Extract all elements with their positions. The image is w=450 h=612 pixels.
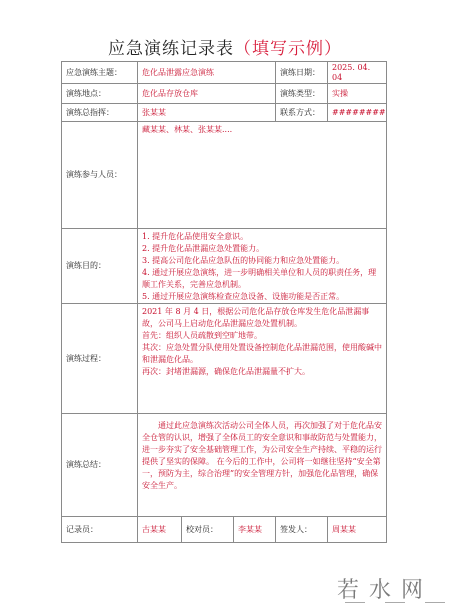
row-location: 演练地点： 危化品存放仓库 演练类型： 实操 [62,84,387,104]
process-item: 首先：组织人员疏散到空旷地带。 [142,330,382,342]
summary-label: 演练总结： [62,414,138,517]
process-item: 其次：应急处置分队使用处置设备控制危化品泄漏范围，使用酸碱中和泄漏危化品。 [142,342,382,366]
recorder-label: 记录员： [62,517,138,543]
contact-label: 联系方式： [276,104,328,122]
purpose-item: 5. 通过开展应急演练检查应急设备、设施功能是否正常。 [142,291,382,303]
date-label: 演练日期： [276,62,328,84]
participants-value[interactable]: 藏某某、林某、张某某.... [138,122,387,229]
row-purpose: 演练目的： 1. 提升危化品使用安全意识。 2. 提升危化品泄漏应急处置能力。 … [62,229,387,304]
row-process: 演练过程： 2021 年 8 月 4 日，根据公司危化品存放仓库发生危化品泄漏事… [62,304,387,414]
type-label: 演练类型： [276,84,328,104]
watermark-logo: 若水网 [337,573,447,604]
row-signoff: 记录员： 古某某 校对员： 李某某 签发人： 周某某 [62,517,387,543]
commander-label: 演练总指挥： [62,104,138,122]
purpose-value[interactable]: 1. 提升危化品使用安全意识。 2. 提升危化品泄漏应急处置能力。 3. 提高公… [138,229,387,304]
commander-value[interactable]: 张某某 [138,104,276,122]
purpose-label: 演练目的： [62,229,138,304]
checker-value[interactable]: 李某某 [234,517,276,543]
summary-value[interactable]: 通过此应急演练次活动公司全体人员，再次加强了对于危化品安全仓管的认识，增强了全体… [138,414,387,517]
location-label: 演练地点： [62,84,138,104]
row-commander: 演练总指挥： 张某某 联系方式： ######## [62,104,387,122]
date-value[interactable]: 2025. 04. 04 [328,62,387,84]
participants-text: 藏某某、林某、张某某.... [142,124,382,136]
issuer-value[interactable]: 周某某 [328,517,387,543]
purpose-item: 2. 提升危化品泄漏应急处置能力。 [142,243,382,255]
type-value[interactable]: 实操 [328,84,387,104]
title-example-tag: （填写示例） [234,39,342,59]
purpose-item: 4. 通过开展应急演练，进一步明确相关单位和人员的职责任务，理顺工作关系，完善应… [142,267,382,291]
checker-label: 校对员： [182,517,234,543]
issuer-label: 签发人： [276,517,328,543]
theme-label: 应急演练主题： [62,62,138,84]
purpose-item: 1. 提升危化品使用安全意识。 [142,231,382,243]
theme-value[interactable]: 危化品泄露应急演练 [138,62,276,84]
page-title: 应急演练记录表（填写示例） [0,34,450,59]
row-theme: 应急演练主题： 危化品泄露应急演练 演练日期： 2025. 04. 04 [62,62,387,84]
drill-record-table: 应急演练主题： 危化品泄露应急演练 演练日期： 2025. 04. 04 演练地… [61,61,387,543]
process-label: 演练过程： [62,304,138,414]
participants-label: 演练参与人员： [62,122,138,229]
recorder-value[interactable]: 古某某 [138,517,182,543]
title-main: 应急演练记录表 [108,39,234,59]
process-item: 2021 年 8 月 4 日，根据公司危化品存放仓库发生危化品泄漏事故，公司马上… [142,306,382,330]
process-item: 再次：封堵泄漏源，确保危化品泄漏量不扩大。 [142,366,382,378]
purpose-item: 3. 提高公司危化品应急队伍的协同能力和应急处置能力。 [142,255,382,267]
location-value[interactable]: 危化品存放仓库 [138,84,276,104]
row-participants: 演练参与人员： 藏某某、林某、张某某.... [62,122,387,229]
summary-text: 通过此应急演练次活动公司全体人员，再次加强了对于危化品安全仓管的认识，增强了全体… [142,420,382,492]
process-value[interactable]: 2021 年 8 月 4 日，根据公司危化品存放仓库发生危化品泄漏事故，公司马上… [138,304,387,414]
row-summary: 演练总结： 通过此应急演练次活动公司全体人员，再次加强了对于危化品安全仓管的认识… [62,414,387,517]
contact-value[interactable]: ######## [328,104,387,122]
watermark-underline [345,602,445,604]
